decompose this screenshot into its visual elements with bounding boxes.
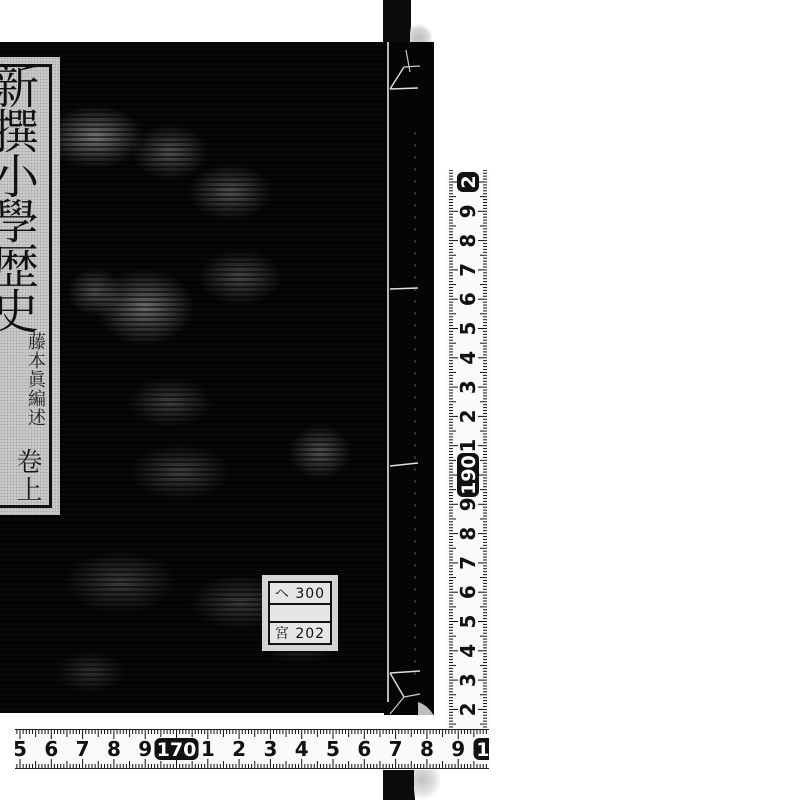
ruler-label: 1 [201, 737, 215, 761]
svg-text:5: 5 [456, 322, 480, 336]
svg-text:9: 9 [456, 204, 480, 218]
ruler-label: 3 [263, 737, 277, 761]
ruler-label: 4 [456, 644, 480, 658]
svg-text:6: 6 [456, 585, 480, 599]
svg-text:2: 2 [232, 737, 246, 761]
ruler-label: 5 [326, 737, 340, 761]
ruler-label: 5 [456, 322, 480, 336]
svg-text:8: 8 [107, 737, 121, 761]
svg-text:4: 4 [456, 644, 480, 658]
ruler-label: 6 [44, 737, 58, 761]
svg-text:9: 9 [456, 497, 480, 511]
ruler-label: 6 [456, 585, 480, 599]
svg-text:7: 7 [389, 737, 403, 761]
svg-text:7: 7 [456, 556, 480, 570]
svg-text:9: 9 [451, 737, 465, 761]
svg-text:3: 3 [456, 380, 480, 394]
svg-text:2: 2 [458, 175, 480, 188]
svg-text:8: 8 [456, 234, 480, 248]
shelf-mark-middle [270, 605, 330, 623]
ruler-label: 8 [420, 737, 434, 761]
svg-text:18: 18 [476, 739, 489, 761]
ruler-label: 9 [138, 737, 152, 761]
ruler-label: 7 [456, 556, 480, 570]
ruler-label: 5 [456, 615, 480, 629]
library-shelf-label: ヘ 300 宮 202 [262, 575, 338, 651]
paper-wear-patch [414, 766, 440, 800]
svg-text:4: 4 [456, 351, 480, 365]
svg-text:3: 3 [263, 737, 277, 761]
ruler-label: 6 [456, 292, 480, 306]
svg-text:8: 8 [456, 527, 480, 541]
ruler-label: 8 [107, 737, 121, 761]
ruler-label: 2 [457, 172, 480, 192]
ruler-label: 6 [357, 737, 371, 761]
svg-text:7: 7 [76, 737, 90, 761]
ruler-label: 7 [389, 737, 403, 761]
ruler-label: 18 [474, 738, 490, 761]
svg-text:170: 170 [157, 739, 197, 761]
svg-text:5: 5 [15, 737, 27, 761]
vertical-measuring-ruler: 298765432119098765432 [447, 170, 489, 736]
svg-text:8: 8 [420, 737, 434, 761]
ruler-label: 5 [15, 737, 27, 761]
shelf-mark-bottom: 宮 202 [270, 623, 330, 643]
ruler-label: 9 [451, 737, 465, 761]
ruler-label: 4 [295, 737, 309, 761]
svg-text:2: 2 [456, 409, 480, 423]
svg-text:190: 190 [458, 455, 480, 495]
svg-text:7: 7 [456, 263, 480, 277]
svg-text:2: 2 [456, 702, 480, 716]
ruler-label: 9 [456, 204, 480, 218]
svg-text:6: 6 [357, 737, 371, 761]
book-author: 藤本眞編述 [24, 332, 46, 427]
ruler-label: 190 [457, 453, 480, 497]
horizontal-measuring-ruler: 5678917012345678918 [15, 728, 489, 770]
svg-text:1: 1 [456, 439, 480, 453]
svg-text:4: 4 [295, 737, 309, 761]
shelf-mark-top: ヘ 300 [270, 583, 330, 605]
svg-text:5: 5 [326, 737, 340, 761]
book-title: 新撰小學歴史 [0, 62, 42, 332]
ruler-label: 7 [456, 263, 480, 277]
ruler-label: 1 [456, 439, 480, 453]
spine-top-edge [383, 0, 411, 44]
svg-text:3: 3 [456, 673, 480, 687]
ruler-label: 8 [456, 527, 480, 541]
ruler-label: 3 [456, 380, 480, 394]
svg-text:6: 6 [44, 737, 58, 761]
ruler-label: 2 [456, 409, 480, 423]
ruler-label: 4 [456, 351, 480, 365]
svg-text:9: 9 [138, 737, 152, 761]
svg-text:6: 6 [456, 292, 480, 306]
ruler-label: 170 [155, 738, 199, 761]
spine-binding [384, 42, 436, 715]
book-volume: 卷上 [10, 448, 44, 504]
ruler-label: 9 [456, 497, 480, 511]
ruler-label: 3 [456, 673, 480, 687]
ruler-label: 2 [232, 737, 246, 761]
svg-text:1: 1 [201, 737, 215, 761]
ruler-label: 7 [76, 737, 90, 761]
ruler-label: 8 [456, 234, 480, 248]
spine-bottom-edge [383, 768, 415, 800]
ruler-label: 2 [456, 702, 480, 716]
svg-text:5: 5 [456, 615, 480, 629]
